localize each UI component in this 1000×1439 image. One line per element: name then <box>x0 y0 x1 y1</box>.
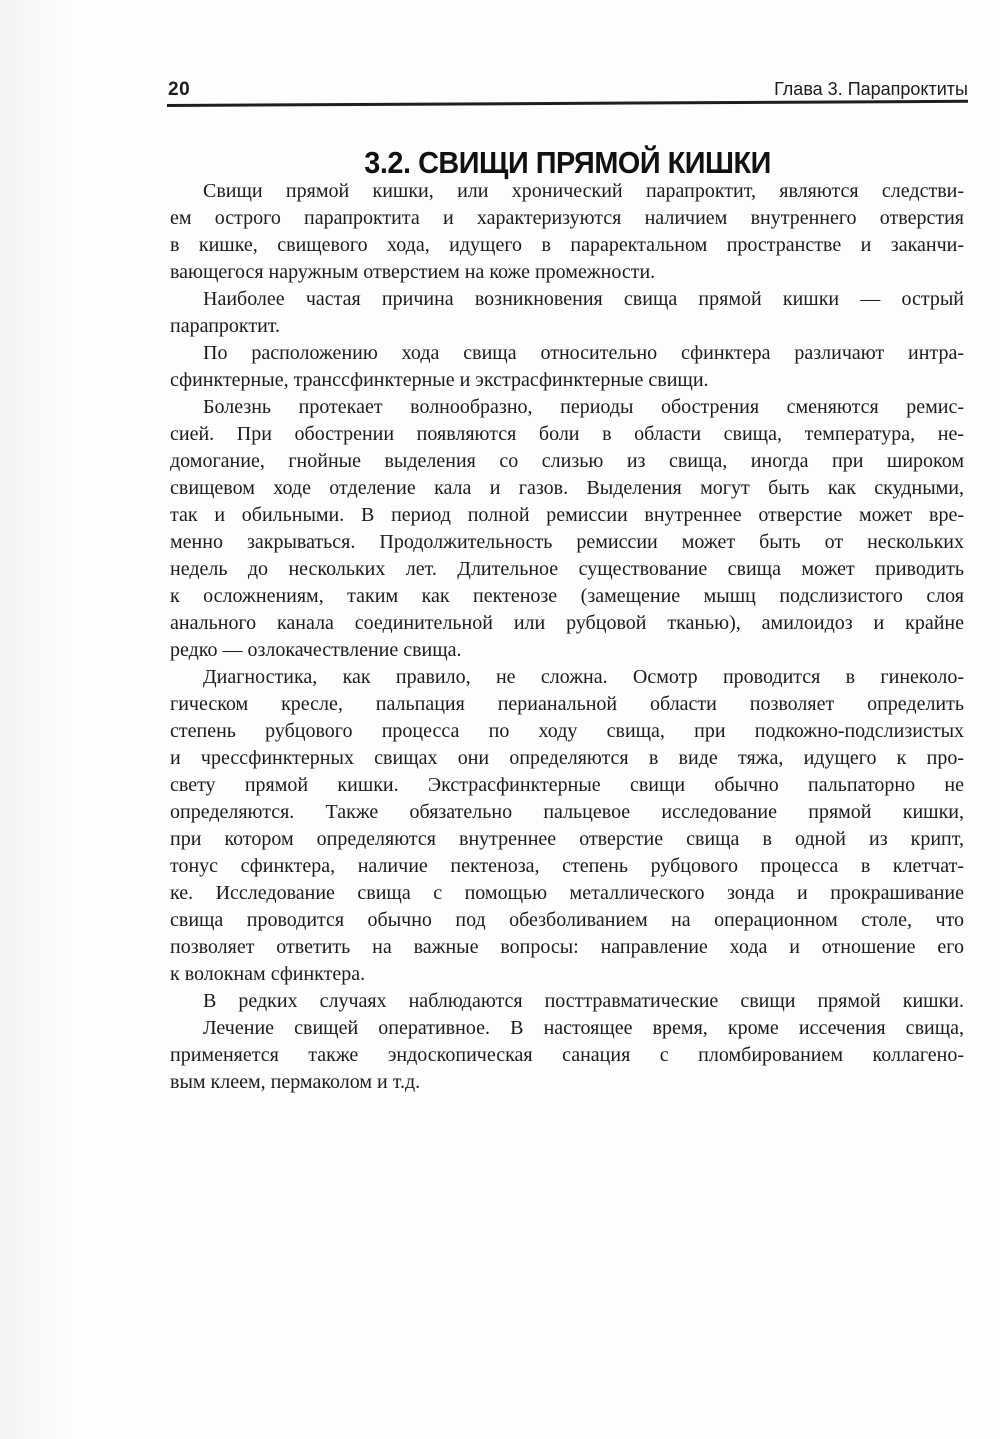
paragraph: Болезнь протекает волнообразно, периоды … <box>170 394 964 664</box>
paragraph: По расположению хода свища относительно … <box>170 340 964 394</box>
text-line: позволяет ответить на важные вопросы: на… <box>170 934 964 961</box>
text-line: Свищи прямой кишки, или хронический пара… <box>170 178 964 205</box>
text-line: Лечение свищей оперативное. В настоящее … <box>170 1015 964 1042</box>
text-line: ке. Исследование свища с помощью металли… <box>170 880 964 907</box>
text-line: свету прямой кишки. Экстрасфинктерные св… <box>170 772 964 799</box>
text-line: гическом кресле, пальпация перианальной … <box>170 691 964 718</box>
text-line: В редких случаях наблюдаются посттравмат… <box>170 988 964 1015</box>
text-line: вым клеем, пермаколом и т.д. <box>170 1069 964 1096</box>
text-line: Диагностика, как правило, не сложна. Осм… <box>170 664 964 691</box>
paragraph: Лечение свищей оперативное. В настоящее … <box>170 1015 964 1096</box>
page-number: 20 <box>168 79 190 101</box>
running-head: 20 Глава 3. Парапроктиты <box>168 78 968 101</box>
text-line: вающегося наружным отверстием на коже пр… <box>170 259 964 286</box>
text-line: По расположению хода свища относительно … <box>170 340 964 367</box>
text-line: Болезнь протекает волнообразно, периоды … <box>170 394 964 421</box>
chapter-running-title: Глава 3. Парапроктиты <box>774 78 968 100</box>
text-line: при котором определяются внутреннее отве… <box>170 826 964 853</box>
text-line: ем острого парапроктита и характеризуютс… <box>170 205 964 232</box>
text-line: к осложнениям, таким как пектенозе (заме… <box>170 583 964 610</box>
paragraph: Свищи прямой кишки, или хронический пара… <box>170 178 964 286</box>
paragraph: В редких случаях наблюдаются посттравмат… <box>170 988 964 1015</box>
book-page: 20 Глава 3. Парапроктиты 3.2. СВИЩИ ПРЯМ… <box>0 0 1000 1439</box>
text-line: применяется также эндоскопическая санаци… <box>170 1042 964 1069</box>
text-line: Наиболее частая причина возникновения св… <box>170 286 964 313</box>
text-line: анального канала соединительной или рубц… <box>170 610 964 637</box>
text-line: парапроктит. <box>170 313 964 340</box>
text-line: свищевом ходе отделение кала и газов. Вы… <box>170 475 964 502</box>
text-line: сией. При обострении появляются боли в о… <box>170 421 964 448</box>
paragraph: Наиболее частая причина возникновения св… <box>170 286 964 340</box>
text-line: домогание, гнойные выделения со слизью и… <box>170 448 964 475</box>
text-line: редко — озлокачествление свища. <box>170 637 964 664</box>
text-line: менно закрываться. Продолжительность рем… <box>170 529 964 556</box>
text-line: тонус сфинктера, наличие пектеноза, степ… <box>170 853 964 880</box>
paragraph: Диагностика, как правило, не сложна. Осм… <box>170 664 964 988</box>
text-line: к волокнам сфинктера. <box>170 961 964 988</box>
body-text: Свищи прямой кишки, или хронический пара… <box>170 178 964 1096</box>
text-line: степень рубцового процесса по ходу свища… <box>170 718 964 745</box>
text-line: в кишке, свищевого хода, идущего в парар… <box>170 232 964 259</box>
text-line: свища проводится обычно под обезболивани… <box>170 907 964 934</box>
text-line: сфинктерные, транссфинктерные и экстрасф… <box>170 367 964 394</box>
text-line: так и обильными. В период полной ремисси… <box>170 502 964 529</box>
text-line: и чрессфинктерных свищах они определяютс… <box>170 745 964 772</box>
text-line: определяются. Также обязательно пальцево… <box>170 799 964 826</box>
text-line: недель до нескольких лет. Длительное сущ… <box>170 556 964 583</box>
